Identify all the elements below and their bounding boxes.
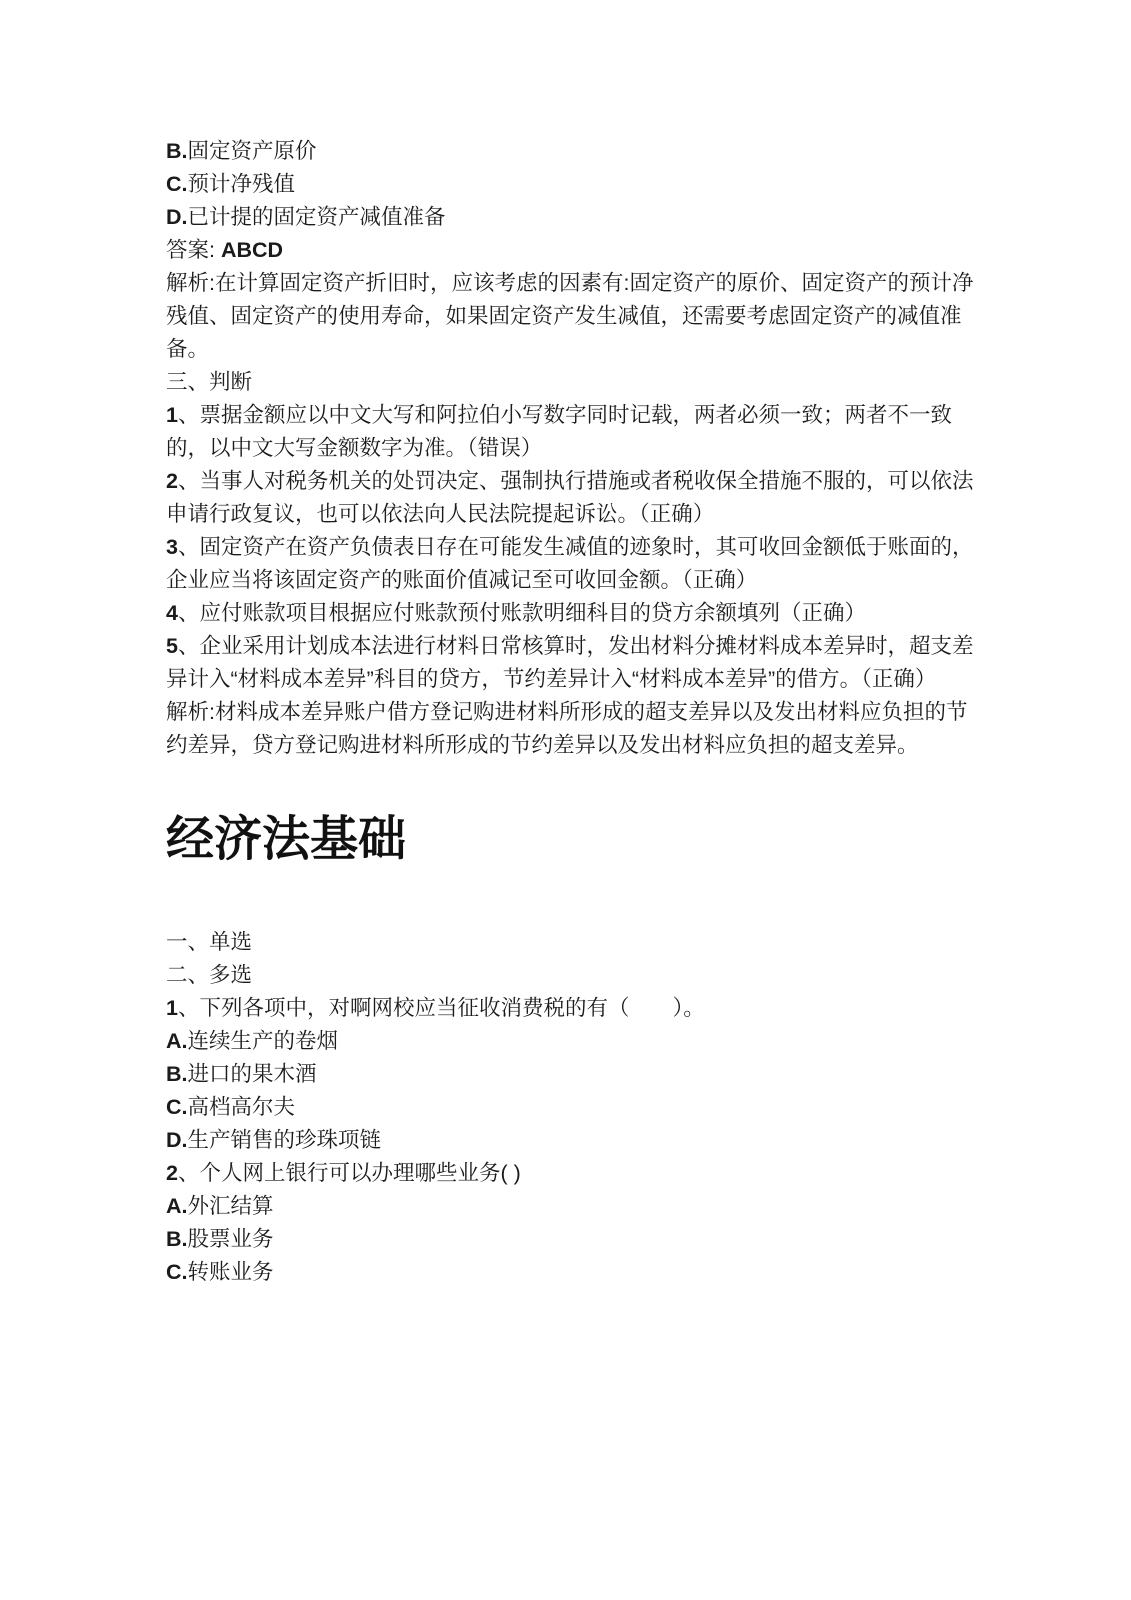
question-number: 1 <box>166 996 178 1020</box>
option-line: B.进口的果木酒 <box>166 1058 986 1091</box>
question-line: 1、下列各项中，对啊网校应当征收消费税的有（ ）。 <box>166 992 986 1025</box>
option-text: 高档高尔夫 <box>188 1095 296 1119</box>
option-text: 转账业务 <box>188 1260 274 1284</box>
option-letter: C. <box>166 1260 188 1284</box>
question-text: 、票据金额应以中文大写和阿拉伯小写数字同时记载，两者必须一致；两者不一致的，以中… <box>166 403 952 460</box>
option-line: B.股票业务 <box>166 1223 986 1256</box>
answer-line: 答案: ABCD <box>166 234 986 267</box>
judge-item: 3、固定资产在资产负债表日存在可能发生减值的迹象时，其可收回金额低于账面的，企业… <box>166 531 986 597</box>
option-line: B.固定资产原价 <box>166 135 986 168</box>
question-text: 、个人网上银行可以办理哪些业务( ) <box>178 1161 521 1185</box>
option-text: 生产销售的珍珠项链 <box>188 1128 382 1152</box>
question-number: 3 <box>166 535 178 559</box>
question-text: 、下列各项中，对啊网校应当征收消费税的有（ ）。 <box>178 996 705 1020</box>
option-letter: B. <box>166 1227 188 1251</box>
option-letter: D. <box>166 1128 188 1152</box>
option-line: C.预计净残值 <box>166 168 986 201</box>
question-number: 1 <box>166 403 178 427</box>
option-text: 固定资产原价 <box>188 139 317 163</box>
section-title-single-choice: 一、单选 <box>166 926 986 959</box>
option-letter: C. <box>166 1095 188 1119</box>
answer-value: ABCD <box>221 238 283 262</box>
option-text: 进口的果木酒 <box>188 1062 317 1086</box>
answer-label: 答案: <box>166 238 221 262</box>
question-number: 2 <box>166 469 178 493</box>
option-letter: A. <box>166 1194 188 1218</box>
option-letter: B. <box>166 1062 188 1086</box>
question-number: 4 <box>166 601 178 625</box>
option-line: A.外汇结算 <box>166 1190 986 1223</box>
option-letter: B. <box>166 139 188 163</box>
section-title-judge: 三、判断 <box>166 366 986 399</box>
document-body: B.固定资产原价 C.预计净残值 D.已计提的固定资产减值准备 答案: ABCD… <box>0 0 1131 1289</box>
section-title-multi-choice: 二、多选 <box>166 959 986 992</box>
judge-item: 1、票据金额应以中文大写和阿拉伯小写数字同时记载，两者必须一致；两者不一致的，以… <box>166 399 986 465</box>
judge-item: 4、应付账款项目根据应付账款预付账款明细科目的贷方余额填列（正确） <box>166 597 986 630</box>
option-letter: C. <box>166 172 188 196</box>
judge-analysis: 解析:材料成本差异账户借方登记购进材料所形成的超支差异以及发出材料应负担的节约差… <box>166 696 986 762</box>
option-text: 外汇结算 <box>188 1194 274 1218</box>
option-letter: D. <box>166 205 188 229</box>
question-text: 、当事人对税务机关的处罚决定、强制执行措施或者税收保全措施不服的，可以依法申请行… <box>166 469 973 526</box>
option-line: D.生产销售的珍珠项链 <box>166 1124 986 1157</box>
option-text: 股票业务 <box>188 1227 274 1251</box>
question-number: 2 <box>166 1161 178 1185</box>
chapter-title: 经济法基础 <box>166 810 986 870</box>
option-line: D.已计提的固定资产减值准备 <box>166 201 986 234</box>
option-letter: A. <box>166 1029 188 1053</box>
option-line: C.转账业务 <box>166 1256 986 1289</box>
judge-item: 5、企业采用计划成本法进行材料日常核算时，发出材料分摊材料成本差异时，超支差异计… <box>166 630 986 696</box>
document-page: B.固定资产原价 C.预计净残值 D.已计提的固定资产减值准备 答案: ABCD… <box>0 0 1131 1600</box>
question-text: 、企业采用计划成本法进行材料日常核算时，发出材料分摊材料成本差异时，超支差异计入… <box>166 634 973 691</box>
option-line: C.高档高尔夫 <box>166 1091 986 1124</box>
answer-analysis: 解析:在计算固定资产折旧时，应该考虑的因素有:固定资产的原价、固定资产的预计净残… <box>166 267 986 366</box>
option-text: 已计提的固定资产减值准备 <box>188 205 446 229</box>
option-line: A.连续生产的卷烟 <box>166 1025 986 1058</box>
question-text: 、应付账款项目根据应付账款预付账款明细科目的贷方余额填列（正确） <box>178 601 866 625</box>
judge-item: 2、当事人对税务机关的处罚决定、强制执行措施或者税收保全措施不服的，可以依法申请… <box>166 465 986 531</box>
question-text: 、固定资产在资产负债表日存在可能发生减值的迹象时，其可收回金额低于账面的，企业应… <box>166 535 973 592</box>
question-number: 5 <box>166 634 178 658</box>
option-text: 连续生产的卷烟 <box>188 1029 339 1053</box>
question-line: 2、个人网上银行可以办理哪些业务( ) <box>166 1157 986 1190</box>
option-text: 预计净残值 <box>188 172 296 196</box>
